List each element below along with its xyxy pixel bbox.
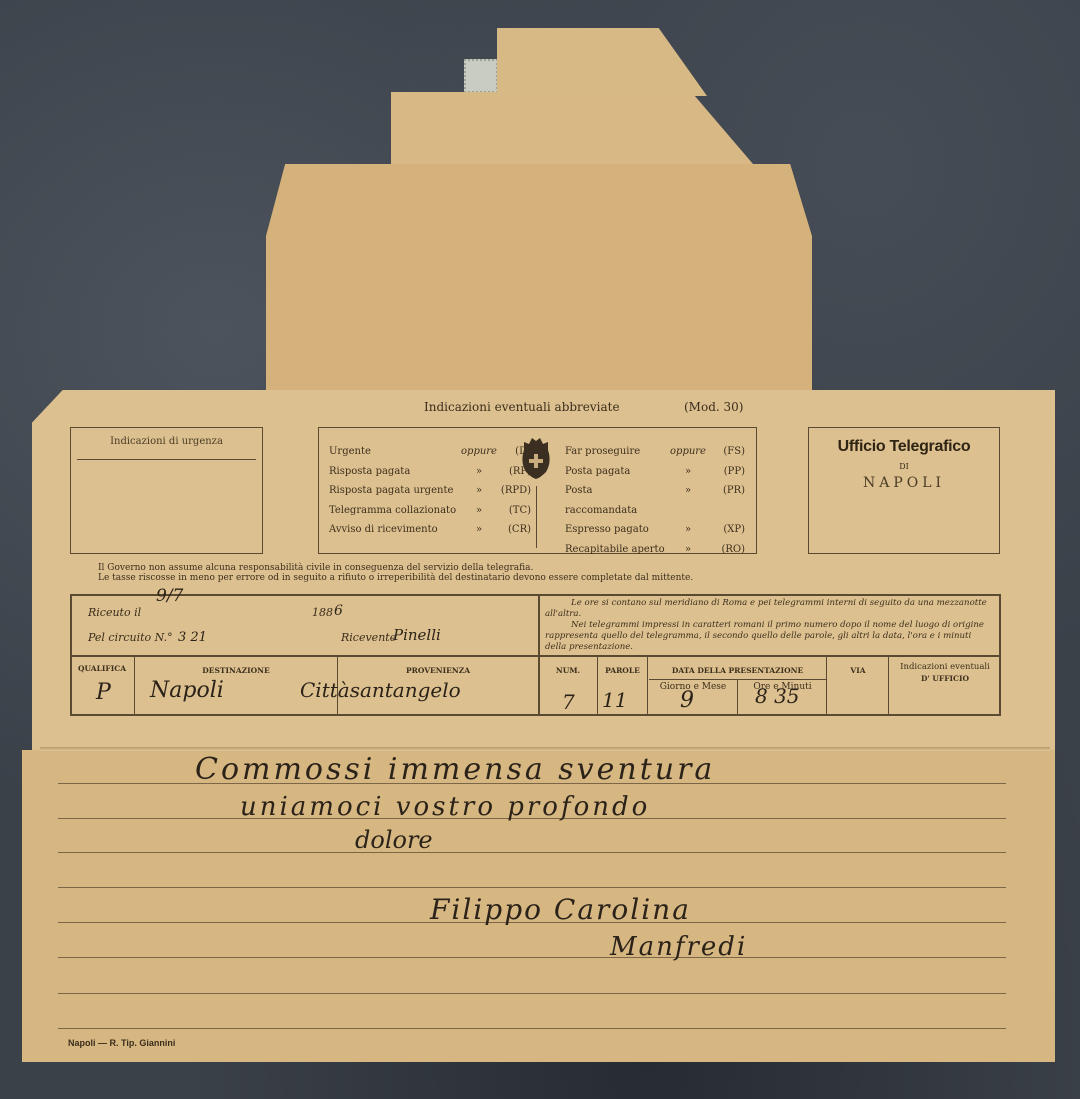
- qualifica-value: P: [96, 680, 111, 705]
- office-box: Ufficio Telegrafico DI NAPOLI: [808, 427, 1000, 554]
- abbreviations-right: Far proseguireoppure(FS) Posta pagata»(P…: [565, 442, 745, 559]
- circuit-label: Pel circuito N.°: [88, 631, 173, 644]
- col-parole: PAROLE: [599, 666, 646, 675]
- hours-note: Le ore si contano sul meridiano di Roma …: [545, 598, 995, 653]
- abbr-row: Posta pagata»(PP): [565, 462, 745, 482]
- col-qualifica: QUALIFICA: [72, 664, 132, 673]
- ruled-line: [58, 993, 1006, 994]
- abbr-row: Recapitabile aperto»(RO): [565, 540, 745, 560]
- message-line-3: dolore: [355, 826, 433, 854]
- circuit-number: 3 21: [178, 630, 207, 645]
- destinazione-value: Napoli: [150, 678, 224, 703]
- envelope-flap-front: [266, 164, 812, 404]
- crest-icon: [518, 436, 554, 480]
- received-label: Riceuto il: [88, 606, 141, 619]
- col-num: NUM.: [540, 666, 596, 675]
- provenienza-value: Cittàsantangelo: [300, 678, 461, 702]
- parole-value: 11: [602, 688, 627, 712]
- disclaimer-line-1: Il Governo non assume alcuna responsabil…: [98, 563, 533, 573]
- grid-divider: [888, 655, 889, 716]
- grid-divider: [134, 655, 135, 716]
- urgency-label: Indicazioni di urgenza: [71, 436, 262, 447]
- receiver-signature: Pinelli: [393, 626, 441, 644]
- year-prefix: 188: [312, 606, 333, 619]
- envelope-flap-middle: [391, 92, 753, 164]
- urgency-box: Indicazioni di urgenza: [70, 427, 263, 554]
- grid-divider: [70, 655, 1001, 657]
- postage-stamp: [464, 59, 498, 93]
- grid-divider: [538, 594, 540, 716]
- col-ufficio: D' UFFICIO: [890, 674, 1000, 683]
- col-via: VIA: [828, 666, 888, 675]
- ruled-line: [58, 957, 1006, 958]
- crest-divider: [536, 486, 537, 548]
- abbreviations-box: Urgenteoppure(D) Risposta pagata»(RP) Ri…: [318, 427, 757, 554]
- abbr-row: Espresso pagato»(XP): [565, 520, 745, 540]
- disclaimer-line-2: Le tasse riscosse in meno per errore od …: [98, 573, 693, 583]
- message-line-2: uniamoci vostro profondo: [240, 792, 650, 822]
- grid-divider: [647, 655, 648, 716]
- abbr-row: Risposta pagata»(RP): [329, 462, 531, 482]
- envelope-flap-top: [497, 28, 707, 96]
- col-destinazione: DESTINAZIONE: [136, 666, 336, 675]
- col-provenienza: PROVENIENZA: [339, 666, 537, 675]
- printer-imprint: Napoli — R. Tip. Giannini: [68, 1038, 175, 1048]
- ruled-line: [58, 852, 1006, 853]
- header-title: Indicazioni eventuali abbreviate: [424, 400, 620, 414]
- office-di: DI: [809, 462, 999, 471]
- abbr-row: Far proseguireoppure(FS): [565, 442, 745, 462]
- form-model-number: (Mod. 30): [684, 400, 743, 414]
- abbr-row: Avviso di ricevimento»(CR): [329, 520, 531, 540]
- grid-divider: [649, 679, 826, 680]
- ruled-line: [58, 887, 1006, 888]
- signature-line-1: Filippo Carolina: [430, 893, 691, 926]
- received-date: 9/7: [156, 586, 183, 606]
- office-title: Ufficio Telegrafico: [809, 438, 999, 456]
- abbreviations-left: Urgenteoppure(D) Risposta pagata»(RP) Ri…: [329, 442, 531, 540]
- num-value: 7: [562, 690, 575, 714]
- grid-divider: [737, 680, 738, 716]
- abbr-row: Urgenteoppure(D): [329, 442, 531, 462]
- fold-crease: [40, 747, 1050, 751]
- receiver-label: Ricevente: [341, 631, 396, 644]
- col-data-presentazione: DATA DELLA PRESENTAZIONE: [649, 666, 826, 675]
- message-line-1: Commossi immensa sventura: [195, 752, 715, 787]
- col-indicazioni: Indicazioni eventuali: [890, 662, 1000, 672]
- urgency-rule: [77, 459, 256, 460]
- office-city: NAPOLI: [809, 475, 999, 491]
- signature-line-2: Manfredi: [610, 932, 747, 962]
- ruled-line: [58, 1028, 1006, 1029]
- abbr-row: Risposta pagata urgente»(RPD): [329, 481, 531, 501]
- grid-divider: [597, 655, 598, 716]
- abbr-row: Posta raccomandata»(PR): [565, 481, 745, 520]
- giorno-value: 9: [680, 688, 694, 713]
- abbr-row: Telegramma collazionato»(TC): [329, 501, 531, 521]
- year-value: 6: [334, 603, 343, 619]
- grid-divider: [826, 655, 827, 716]
- ore-value: 8 35: [755, 684, 800, 708]
